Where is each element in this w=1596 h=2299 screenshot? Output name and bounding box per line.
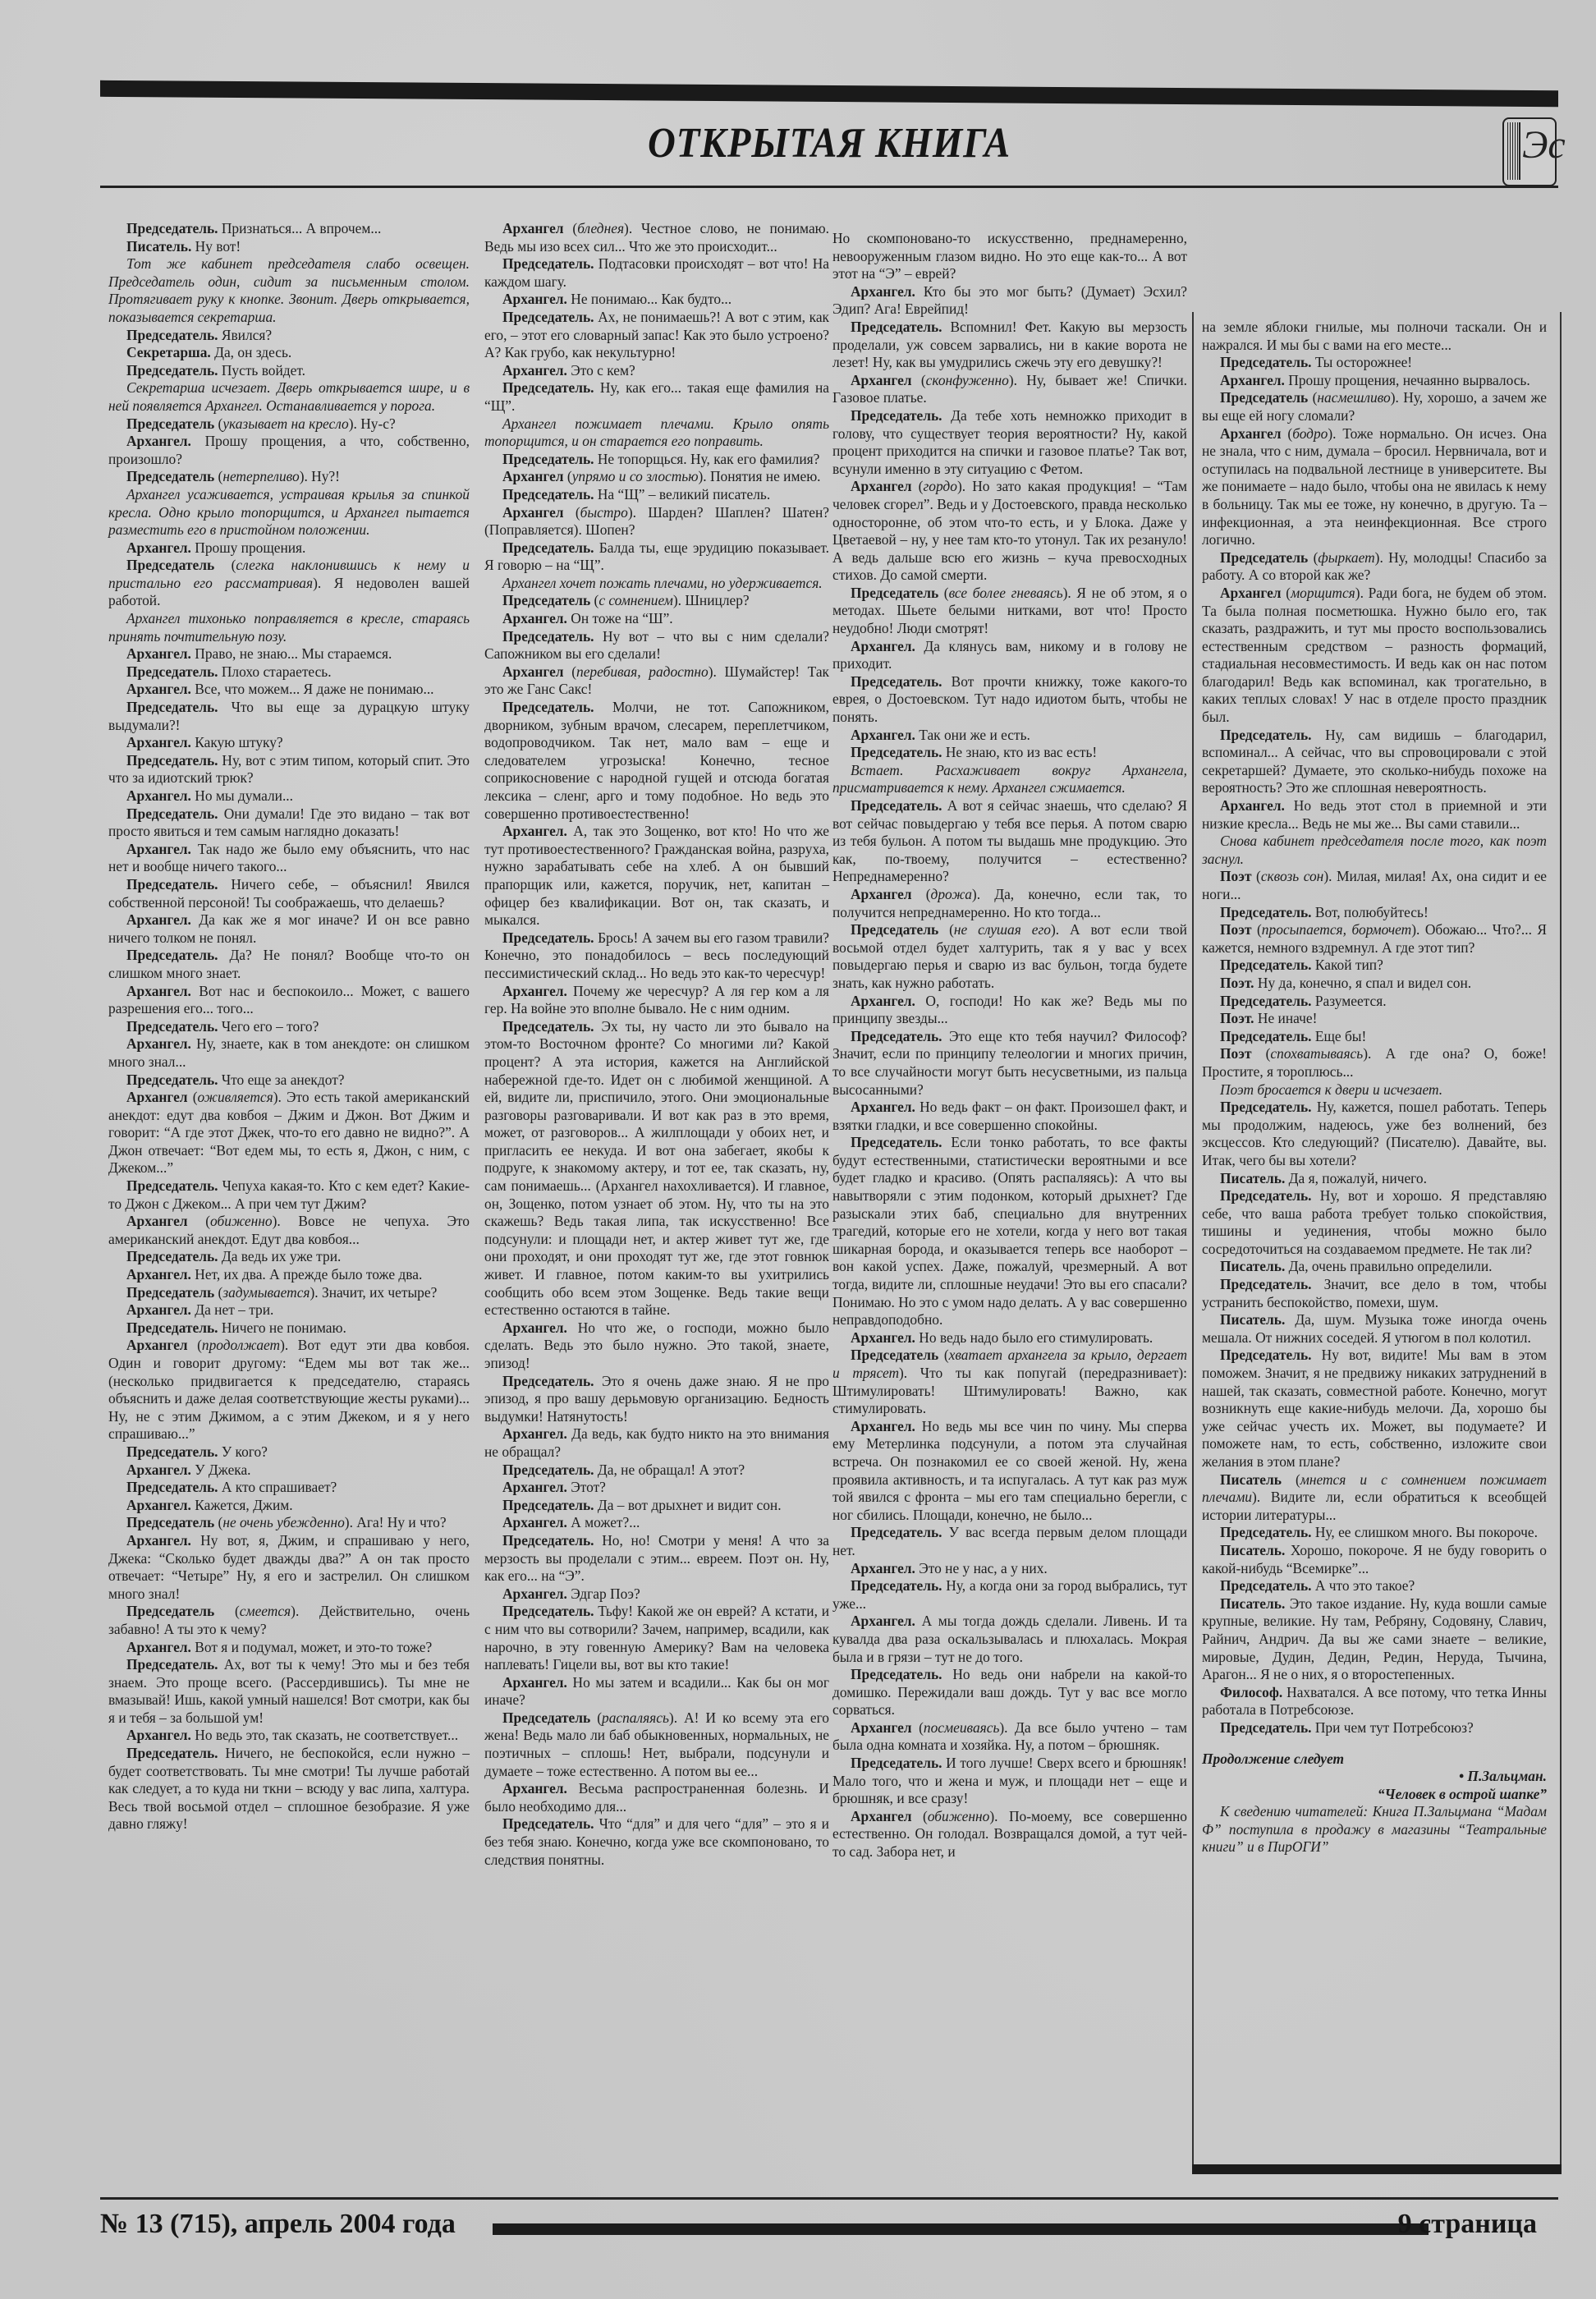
- speaker-name: Архангел: [502, 220, 564, 236]
- dialogue-line: Архангел (обиженно). По-моему, все совер…: [832, 1808, 1187, 1861]
- speaker-name: Архангел.: [851, 1418, 915, 1434]
- speaker-name: Председатель.: [502, 1497, 594, 1513]
- dialogue-line: Председатель. У кого?: [108, 1443, 470, 1462]
- dialogue-line: Председатель. Тьфу! Какой же он еврей? А…: [484, 1603, 829, 1673]
- logo-glyph: Эс: [1522, 126, 1566, 165]
- dialogue-line: Председатель (насмешливо). Ну, хорошо, а…: [1202, 389, 1547, 424]
- publisher-logo-icon: Эс: [1502, 117, 1557, 186]
- dialogue-line: Председатель. Что еще за анекдот?: [108, 1071, 470, 1090]
- speaker-name: Архангел.: [851, 1613, 915, 1629]
- reader-notice: К сведению читателей: Книга П.Зальцмана …: [1202, 1803, 1547, 1856]
- speaker-name: Архангел: [126, 1213, 188, 1229]
- dialogue-line: Председатель. Значит, все дело в том, чт…: [1202, 1276, 1547, 1311]
- speaker-name: Архангел.: [851, 638, 915, 654]
- dialogue-line: Философ. Нахватался. А все потому, что т…: [1202, 1684, 1547, 1719]
- dialogue-line: Председатель. Балда ты, еще эрудицию пок…: [484, 539, 829, 575]
- speaker-name: Председатель.: [851, 1028, 942, 1044]
- speaker-remark: оживляется: [198, 1089, 273, 1105]
- dialogue-line: Архангел. Весьма распространенная болезн…: [484, 1780, 829, 1815]
- dialogue-line: Архангел. Но ведь это, так сказать, не с…: [108, 1727, 470, 1745]
- speaker-name: Председатель.: [126, 663, 218, 680]
- speaker-name: Архангел.: [126, 433, 191, 449]
- speech-text: Пусть войдет.: [218, 362, 306, 379]
- speaker-name: Архангел.: [502, 1780, 567, 1797]
- speaker-name: Председатель: [502, 592, 590, 608]
- speaker-name: Председатель.: [502, 1603, 594, 1619]
- dialogue-line: Председатель. Что вы еще за дурацкую шту…: [108, 699, 470, 734]
- continued-text: на земле яблоки гнилые, мы полночи таска…: [1202, 319, 1547, 354]
- text-column-3: Но скомпоновано-то искусственно, преднам…: [832, 230, 1187, 1861]
- dialogue-line: Председатель. Брось! А зачем вы его газо…: [484, 929, 829, 983]
- dialogue-line: Секретарша. Да, он здесь.: [108, 344, 470, 362]
- speech-text: Да я, пожалуй, ничего.: [1285, 1170, 1427, 1186]
- speaker-name: Поэт: [1220, 1045, 1252, 1062]
- dialogue-line: Архангел. Так надо же было ему объяснить…: [108, 841, 470, 876]
- speaker-name: Архангел.: [502, 823, 567, 839]
- speaker-name: Председатель.: [851, 673, 942, 690]
- speech-text: Он тоже на “Ш”.: [567, 610, 673, 626]
- dialogue-line: Председатель. Ты осторожнее!: [1202, 354, 1547, 372]
- dialogue-line: Председатель. Чего его – того?: [108, 1018, 470, 1036]
- speech-text: . Милая, милая! Ах, она сидит и ее ноги.…: [1202, 868, 1547, 902]
- dialogue-line: Архангел. Вот нас и беспокоило... Может,…: [108, 983, 470, 1018]
- speech-text: Право, не знаю... Мы стараемся.: [191, 645, 392, 662]
- dialogue-line: Председатель. Ну, кажется, пошел работат…: [1202, 1099, 1547, 1169]
- dialogue-line: Председатель. Ну, как его... такая еще ф…: [484, 379, 829, 415]
- speech-text: . Ну-с?: [354, 415, 396, 432]
- dialogue-line: Архангел. А, так это Зощенко, вот кто! Н…: [484, 823, 829, 929]
- speaker-name: Архангел.: [126, 734, 191, 750]
- speaker-name: Председатель.: [502, 628, 594, 645]
- dialogue-line: Председатель. А кто спрашивает?: [108, 1479, 470, 1497]
- speaker-remark: указывает на кресло: [222, 415, 348, 432]
- speaker-name: Председатель.: [126, 1071, 218, 1088]
- speaker-name: Председатель.: [126, 1248, 218, 1264]
- dialogue-line: Председатель (распаляясь). А! И ко всему…: [484, 1709, 829, 1780]
- text-column-1: Председатель. Признаться... А впрочем...…: [108, 220, 470, 1833]
- speech-text: Эх ты, ну часто ли это бывало на этом-то…: [484, 1018, 829, 1319]
- speech-text: А кто спрашивает?: [218, 1479, 337, 1495]
- dialogue-line: Поэт (просыпается, бормочет). Обожаю... …: [1202, 921, 1547, 957]
- dialogue-line: Писатель. Да, шум. Музыка тоже иногда оч…: [1202, 1311, 1547, 1347]
- dialogue-line: Архангел. Почему же чересчур? А ля гер к…: [484, 983, 829, 1018]
- speech-text: Да нет – три.: [191, 1301, 273, 1318]
- speech-text: А что это такое?: [1312, 1577, 1415, 1594]
- speaker-name: Архангел.: [502, 983, 567, 999]
- speaker-name: Архангел.: [126, 841, 191, 857]
- dialogue-line: Председатель. Явился?: [108, 327, 470, 345]
- article-body: Председатель. Признаться... А впрочем...…: [100, 220, 1558, 2133]
- dialogue-line: Архангел. Но мы затем и всадили... Как б…: [484, 1674, 829, 1709]
- stage-direction: Снова кабинет председателя после того, к…: [1202, 833, 1547, 868]
- dialogue-line: Архангел. Но ведь мы все чин по чину. Мы…: [832, 1418, 1187, 1525]
- speech-text: Если тонко работать, то все факты будут …: [832, 1134, 1187, 1328]
- speech-text: Молчи, не тот. Сапожником, дворником, зу…: [484, 699, 829, 822]
- dialogue-line: Председатель. Ах, не понимаешь?! А вот с…: [484, 309, 829, 362]
- dialogue-line: Писатель. Хорошо, покороче. Я не буду го…: [1202, 1542, 1547, 1577]
- speaker-name: Председатель.: [502, 379, 594, 396]
- speech-text: Не понимаю... Как будто...: [567, 291, 731, 307]
- speech-text: . Ну?!: [304, 468, 339, 484]
- speech-text: Кажется, Джим.: [191, 1497, 293, 1513]
- speech-text: . А где она? О, боже! Простите, я торопл…: [1202, 1045, 1547, 1080]
- dialogue-line: Архангел. Нет, их два. А прежде было тож…: [108, 1266, 470, 1284]
- speaker-name: Председатель.: [502, 1462, 594, 1478]
- dialogue-line: Председатель (нетерпеливо). Ну?!: [108, 468, 470, 486]
- dialogue-line: Архангел. Это не у нас, а у них.: [832, 1560, 1187, 1578]
- speaker-name: Председатель.: [502, 309, 594, 325]
- dialogue-line: Писатель. Это такое издание. Ну, куда во…: [1202, 1595, 1547, 1684]
- speaker-remark: продолжает: [202, 1337, 280, 1353]
- speaker-name: Председатель.: [502, 486, 594, 502]
- speaker-name: Председатель.: [126, 220, 218, 236]
- speaker-name: Председатель.: [1220, 1577, 1312, 1594]
- speaker-name: Председатель.: [502, 699, 594, 715]
- dialogue-line: Председатель. А что это такое?: [1202, 1577, 1547, 1595]
- speaker-remark: быстро: [580, 504, 628, 521]
- dialogue-line: Председатель (не очень убежденно). Ага! …: [108, 1514, 470, 1532]
- speaker-name: Поэт.: [1220, 975, 1254, 991]
- speaker-remark: все более гневаясь: [949, 585, 1063, 601]
- dialogue-line: Архангел (посмеиваясь). Да все было учте…: [832, 1719, 1187, 1755]
- speaker-name: Архангел.: [851, 1560, 915, 1576]
- dialogue-line: Архангел (продолжает). Вот едут эти два …: [108, 1337, 470, 1443]
- speaker-remark: сконфуженно: [926, 372, 1009, 388]
- speaker-remark: обиженно: [210, 1213, 273, 1229]
- speech-text: Какую штуку?: [191, 734, 283, 750]
- speaker-name: Поэт: [1220, 868, 1252, 884]
- speech-text: Что еще за анекдот?: [218, 1071, 345, 1088]
- text-column-2: Архангел (бледнея). Честное слово, не по…: [484, 220, 829, 1869]
- column-4-dialogue: на земле яблоки гнилые, мы полночи таска…: [1202, 319, 1547, 1737]
- dialogue-line: Архангел. Да как же я мог иначе? И он вс…: [108, 911, 470, 947]
- footer-divider: [100, 2197, 1558, 2200]
- stage-direction: Секретарша исчезает. Дверь открывается ш…: [108, 379, 470, 415]
- speaker-name: Председатель.: [126, 1745, 218, 1761]
- dialogue-line: Председатель. Ну, вот с этим типом, кото…: [108, 752, 470, 787]
- dialogue-line: Председатель. Ах, вот ты к чему! Это мы …: [108, 1656, 470, 1727]
- speaker-name: Председатель.: [1220, 1099, 1312, 1115]
- speaker-name: Писатель.: [1220, 1595, 1285, 1612]
- dialogue-line: Архангел. Но ведь факт – он факт. Произо…: [832, 1099, 1187, 1134]
- speaker-name: Председатель.: [1220, 354, 1312, 370]
- page-footer: № 13 (715), апрель 2004 года 9 страница: [100, 2209, 1558, 2250]
- stage-direction: Поэт бросается к двери и исчезает.: [1202, 1081, 1547, 1099]
- speaker-name: Председатель.: [851, 1755, 942, 1771]
- speaker-remark: распаляясь: [602, 1709, 669, 1726]
- dialogue-line: Архангел. Прошу прощения, а что, собстве…: [108, 433, 470, 468]
- speaker-name: Архангел.: [502, 1585, 567, 1602]
- dialogue-line: Архангел. Прошу прощения.: [108, 539, 470, 558]
- speech-text: . Значит, их четыре?: [314, 1284, 437, 1301]
- speech-text: Так они же и есть.: [915, 727, 1030, 743]
- speaker-name: Архангел.: [126, 1266, 191, 1283]
- speech-text: Ну да, конечно, я спал и видел сон.: [1254, 975, 1472, 991]
- speech-text: Это с кем?: [567, 362, 635, 379]
- speaker-name: Архангел: [126, 1337, 188, 1353]
- speaker-name: Председатель: [126, 1284, 214, 1301]
- speaker-remark: смеется: [240, 1603, 291, 1619]
- dialogue-line: Архангел (оживляется). Это есть такой ам…: [108, 1089, 470, 1177]
- dialogue-line: Председатель. На “Щ” – великий писатель.: [484, 486, 829, 504]
- speaker-name: Архангел.: [502, 1674, 567, 1691]
- speech-text: Ну, ее слишком много. Вы покороче.: [1312, 1524, 1538, 1540]
- speaker-name: Председатель: [126, 557, 214, 573]
- dialogue-line: Архангел (обиженно). Вовсе не чепуха. Эт…: [108, 1213, 470, 1248]
- speaker-name: Архангел.: [502, 1319, 567, 1336]
- speaker-name: Председатель: [1220, 389, 1308, 406]
- dialogue-line: Председатель. Еще бы!: [1202, 1028, 1547, 1046]
- dialogue-line: Председатель. Вот, полюбуйтесь!: [1202, 904, 1547, 922]
- dialogue-line: Председатель. Подтасовки происходят – во…: [484, 255, 829, 291]
- speech-text: . Шницлер?: [678, 592, 750, 608]
- speaker-name: Председатель.: [502, 1532, 594, 1549]
- speaker-name: Председатель.: [126, 876, 218, 893]
- speaker-name: Архангел: [502, 663, 564, 680]
- speaker-remark: нетерпеливо: [222, 468, 299, 484]
- stage-direction: Архангел усаживается, устраивая крылья з…: [108, 486, 470, 539]
- to-be-continued: Продолжение следует: [1202, 1751, 1547, 1769]
- speaker-name: Архангел.: [851, 283, 915, 300]
- speaker-remark: морщится: [1291, 585, 1355, 601]
- speaker-name: Писатель.: [1220, 1258, 1285, 1274]
- dialogue-line: Архангел (дрожа). Да, конечно, если так,…: [832, 886, 1187, 921]
- stage-direction: Архангел хочет пожать плечами, но удержи…: [484, 575, 829, 593]
- dialogue-line: Архангел. Да ведь, как будто никто на эт…: [484, 1425, 829, 1461]
- dialogue-line: Поэт (спохватываясь). А где она? О, боже…: [1202, 1045, 1547, 1081]
- speaker-remark: спохватываясь: [1270, 1045, 1363, 1062]
- speaker-name: Архангел: [851, 1719, 912, 1736]
- speaker-remark: перебивая, радостно: [576, 663, 709, 680]
- dialogue-line: Председатель. Если тонко работать, то вс…: [832, 1134, 1187, 1329]
- speaker-remark: с сомнением: [598, 592, 673, 608]
- dialogue-line: Председатель. У вас всегда первым делом …: [832, 1524, 1187, 1559]
- dialogue-line: Председатель (все более гневаясь). Я не …: [832, 585, 1187, 638]
- speech-text: . Ага! Ну и что?: [350, 1514, 447, 1530]
- speech-text: Разумеется.: [1312, 993, 1387, 1009]
- speaker-name: Архангел.: [1220, 797, 1285, 814]
- speech-text: Ну вот, видите! Мы вам в этом поможем. З…: [1202, 1347, 1547, 1470]
- speaker-name: Архангел.: [502, 1479, 567, 1495]
- dialogue-line: Председатель. А вот я сейчас знаешь, что…: [832, 797, 1187, 886]
- speaker-name: Архангел.: [126, 911, 191, 928]
- speaker-remark: не слушая его: [954, 921, 1051, 938]
- speaker-remark: упрямо и со злостью: [572, 468, 699, 484]
- issue-info: № 13 (715), апрель 2004 года: [100, 2209, 456, 2240]
- dialogue-line: Председатель (смеется). Действительно, о…: [108, 1603, 470, 1638]
- speech-text: Да ведь их уже три.: [218, 1248, 342, 1264]
- speaker-name: Председатель.: [126, 1018, 218, 1035]
- speaker-name: Архангел: [851, 1808, 912, 1824]
- speaker-name: Архангел: [502, 468, 564, 484]
- dialogue-line: Председатель. Они думали! Где это видано…: [108, 805, 470, 841]
- speaker-remark: обиженно: [928, 1808, 990, 1824]
- dialogue-line: Председатель. Эх ты, ну часто ли это быв…: [484, 1018, 829, 1319]
- speaker-name: Председатель.: [126, 947, 218, 963]
- section-title: ОТКРЫТАЯ КНИГА: [173, 119, 1485, 167]
- column-4-bottom-bar: [1192, 2164, 1562, 2174]
- speaker-name: Архангел.: [126, 645, 191, 662]
- speech-text: . Видите ли, если обратиться к всеобщей …: [1202, 1489, 1547, 1523]
- speaker-name: Председатель.: [1220, 1187, 1312, 1204]
- speaker-name: Председатель.: [1220, 957, 1312, 973]
- speaker-name: Председатель.: [1220, 1276, 1312, 1292]
- speaker-remark: дрожа: [931, 886, 972, 902]
- dialogue-line: Председатель. Ну вот, видите! Мы вам в э…: [1202, 1347, 1547, 1471]
- dialogue-line: Архангел (перебивая, радостно). Шумайсте…: [484, 663, 829, 699]
- speech-text: Не иначе!: [1254, 1010, 1318, 1026]
- speaker-name: Поэт.: [1220, 1010, 1254, 1026]
- speech-text: Чего его – того?: [218, 1018, 319, 1035]
- dialogue-line: Архангел (быстро). Шарден? Шаплен? Шатен…: [484, 504, 829, 539]
- speech-text: У Джека.: [191, 1462, 251, 1478]
- dialogue-line: Архангел. Прошу прощения, нечаянно вырва…: [1202, 372, 1547, 390]
- speech-text: При чем тут Потребсоюз?: [1312, 1719, 1474, 1736]
- speaker-name: Председатель.: [1220, 727, 1312, 743]
- dialogue-line: Архангел. Да клянусь вам, никому и в гол…: [832, 638, 1187, 673]
- speaker-name: Председатель.: [126, 1656, 218, 1673]
- speaker-name: Архангел.: [502, 362, 567, 379]
- dialogue-line: Архангел. Все, что можем... Я даже не по…: [108, 681, 470, 699]
- speech-text: Да, не обращал! А этот?: [594, 1462, 745, 1478]
- speaker-name: Архангел.: [851, 1099, 915, 1115]
- dialogue-line: Председатель. Не топорщься. Ну, как его …: [484, 451, 829, 469]
- speech-text: Еще бы!: [1312, 1028, 1367, 1044]
- speaker-name: Писатель.: [1220, 1542, 1285, 1558]
- speaker-name: Архангел.: [126, 1301, 191, 1318]
- dialogue-line: Писатель. Ну вот!: [108, 238, 470, 256]
- dialogue-line: Председатель. Да ведь их уже три.: [108, 1248, 470, 1266]
- speaker-name: Председатель: [126, 468, 214, 484]
- dialogue-line: Архангел. А может?...: [484, 1514, 829, 1532]
- speech-text: Признаться... А впрочем...: [218, 220, 382, 236]
- speaker-name: Архангел.: [851, 727, 915, 743]
- dialogue-line: Председатель. Да – вот дрыхнет и видит с…: [484, 1497, 829, 1515]
- speaker-name: Председатель.: [1220, 1719, 1312, 1736]
- dialogue-line: Архангел. Право, не знаю... Мы стараемся…: [108, 645, 470, 663]
- dialogue-line: Писатель (мнется и с сомнением пожимает …: [1202, 1471, 1547, 1525]
- speaker-name: Архангел.: [126, 983, 191, 999]
- dialogue-line: Архангел. Но ведь этот стол в приемной и…: [1202, 797, 1547, 833]
- speaker-name: Председатель: [1220, 549, 1308, 566]
- speech-text: Явился?: [218, 327, 273, 343]
- speaker-name: Председатель: [502, 1709, 590, 1726]
- speech-text: Прошу прощения.: [191, 539, 306, 556]
- dialogue-line: Председатель. Какой тип?: [1202, 957, 1547, 975]
- speaker-name: Писатель.: [1220, 1311, 1285, 1328]
- dialogue-line: Архангел. Какую штуку?: [108, 734, 470, 752]
- speech-text: Все, что можем... Я даже не понимаю...: [191, 681, 434, 697]
- dialogue-line: Архангел (бледнея). Честное слово, не по…: [484, 220, 829, 255]
- speaker-name: Председатель: [851, 921, 938, 938]
- dialogue-line: Председатель. Но ведь они набрели на как…: [832, 1666, 1187, 1719]
- speaker-name: Архангел.: [126, 787, 191, 804]
- dialogue-line: Архангел (морщится). Ради бога, не будем…: [1202, 585, 1547, 727]
- speech-text: Этот?: [567, 1479, 606, 1495]
- continued-text: Но скомпоновано-то искусственно, преднам…: [832, 230, 1187, 283]
- dialogue-line: Председатель. Да, не обращал! А этот?: [484, 1462, 829, 1480]
- dialogue-line: Председатель. При чем тут Потребсоюз?: [1202, 1719, 1547, 1737]
- dialogue-line: Архангел. А мы тогда дождь сделали. Ливе…: [832, 1613, 1187, 1666]
- speaker-remark: бодро: [1292, 425, 1328, 442]
- dialogue-line: Архангел (упрямо и со злостью). Понятия …: [484, 468, 829, 486]
- speaker-name: Председатель.: [1220, 1028, 1312, 1044]
- speech-text: Это не у нас, а у них.: [915, 1560, 1048, 1576]
- speech-text: Эдгар Поэ?: [567, 1585, 640, 1602]
- dialogue-line: Председатель. Что “для” и для чего “для”…: [484, 1815, 829, 1869]
- speaker-name: Председатель.: [502, 255, 594, 272]
- speaker-name: Архангел.: [126, 1497, 191, 1513]
- work-title: “Человек в острой шапке”: [1202, 1786, 1547, 1804]
- dialogue-line: Председатель. Это я очень даже знаю. Я н…: [484, 1373, 829, 1426]
- dialogue-line: Писатель. Да я, пожалуй, ничего.: [1202, 1170, 1547, 1188]
- dialogue-line: Архангел. Кто бы это мог быть? (Думает) …: [832, 283, 1187, 319]
- speaker-name: Председатель.: [126, 699, 218, 715]
- speaker-name: Председатель.: [126, 1319, 218, 1336]
- speech-text: Ну вот!: [191, 238, 241, 255]
- dialogue-line: Поэт. Не иначе!: [1202, 1010, 1547, 1028]
- dialogue-line: Архангел. Но что же, о господи, можно бы…: [484, 1319, 829, 1373]
- speaker-name: Архангел.: [1220, 372, 1285, 388]
- speaker-name: Архангел.: [126, 681, 191, 697]
- speech-text: Да, он здесь.: [211, 344, 292, 360]
- speaker-name: Председатель.: [851, 797, 942, 814]
- speaker-name: Председатель.: [126, 805, 218, 822]
- dialogue-line: Председатель. Ничего не понимаю.: [108, 1319, 470, 1338]
- dialogue-line: Архангел. О, господи! Но как же? Ведь мы…: [832, 993, 1187, 1028]
- speaker-name: Архангел: [851, 478, 912, 494]
- speaker-name: Председатель.: [851, 1577, 942, 1594]
- stage-direction: Тот же кабинет председателя слабо освеще…: [108, 255, 470, 326]
- author-signature: • П.Зальцман.: [1202, 1768, 1547, 1786]
- dialogue-line: Архангел. У Джека.: [108, 1462, 470, 1480]
- speaker-name: Архангел.: [126, 539, 191, 556]
- speaker-name: Архангел.: [126, 1639, 191, 1655]
- speech-text: . Тоже нормально. Он исчез. Она не знала…: [1202, 425, 1547, 548]
- speaker-name: Писатель: [1220, 1471, 1282, 1488]
- footer-decorative-bar: [493, 2223, 1429, 2235]
- speaker-name: Архангел.: [502, 1425, 567, 1442]
- speaker-remark: не очень убежденно: [222, 1514, 344, 1530]
- speaker-name: Председатель.: [851, 407, 942, 424]
- dialogue-line: Председатель. Чепуха какая-то. Кто с кем…: [108, 1177, 470, 1213]
- dialogue-line: Председатель. Ну вот – что вы с ним сдел…: [484, 628, 829, 663]
- dialogue-line: Председатель. Это еще кто тебя научил? Ф…: [832, 1028, 1187, 1099]
- speaker-name: Философ.: [1220, 1684, 1282, 1700]
- speech-text: Вот, полюбуйтесь!: [1312, 904, 1429, 920]
- speech-text: Да – вот дрыхнет и видит сон.: [594, 1497, 782, 1513]
- speaker-name: Председатель.: [126, 1479, 218, 1495]
- dialogue-line: Председатель (слегка наклонившись к нему…: [108, 557, 470, 610]
- dialogue-line: Председатель. Признаться... А впрочем...: [108, 220, 470, 238]
- speaker-name: Председатель: [851, 585, 938, 601]
- dialogue-line: Архангел. Ну, знаете, как в том анекдоте…: [108, 1035, 470, 1071]
- speech-text: Плохо стараетесь.: [218, 663, 332, 680]
- speaker-remark: насмешливо: [1317, 389, 1390, 406]
- dialogue-line: Председатель (хватает архангела за крыло…: [832, 1347, 1187, 1417]
- dialogue-line: Председатель. Ничего себе, – объяснил! Я…: [108, 876, 470, 911]
- speaker-name: Писатель.: [126, 238, 191, 255]
- logo-stripes: [1507, 122, 1520, 180]
- dialogue-line: Архангел. Ну вот, я, Джим, и спрашиваю у…: [108, 1532, 470, 1603]
- dialogue-line: Председатель. Ничего, не беспокойся, есл…: [108, 1745, 470, 1833]
- speaker-name: Председатель.: [126, 1443, 218, 1460]
- page-number: 9 страница: [1398, 2209, 1537, 2240]
- speech-text: Вот я и подумал, может, и это-то тоже?: [191, 1639, 432, 1655]
- dialogue-line: Председатель. Плохо стараетесь.: [108, 663, 470, 681]
- speaker-name: Архангел.: [502, 291, 567, 307]
- dialogue-line: Поэт (сквозь сон). Милая, милая! Ах, она…: [1202, 868, 1547, 903]
